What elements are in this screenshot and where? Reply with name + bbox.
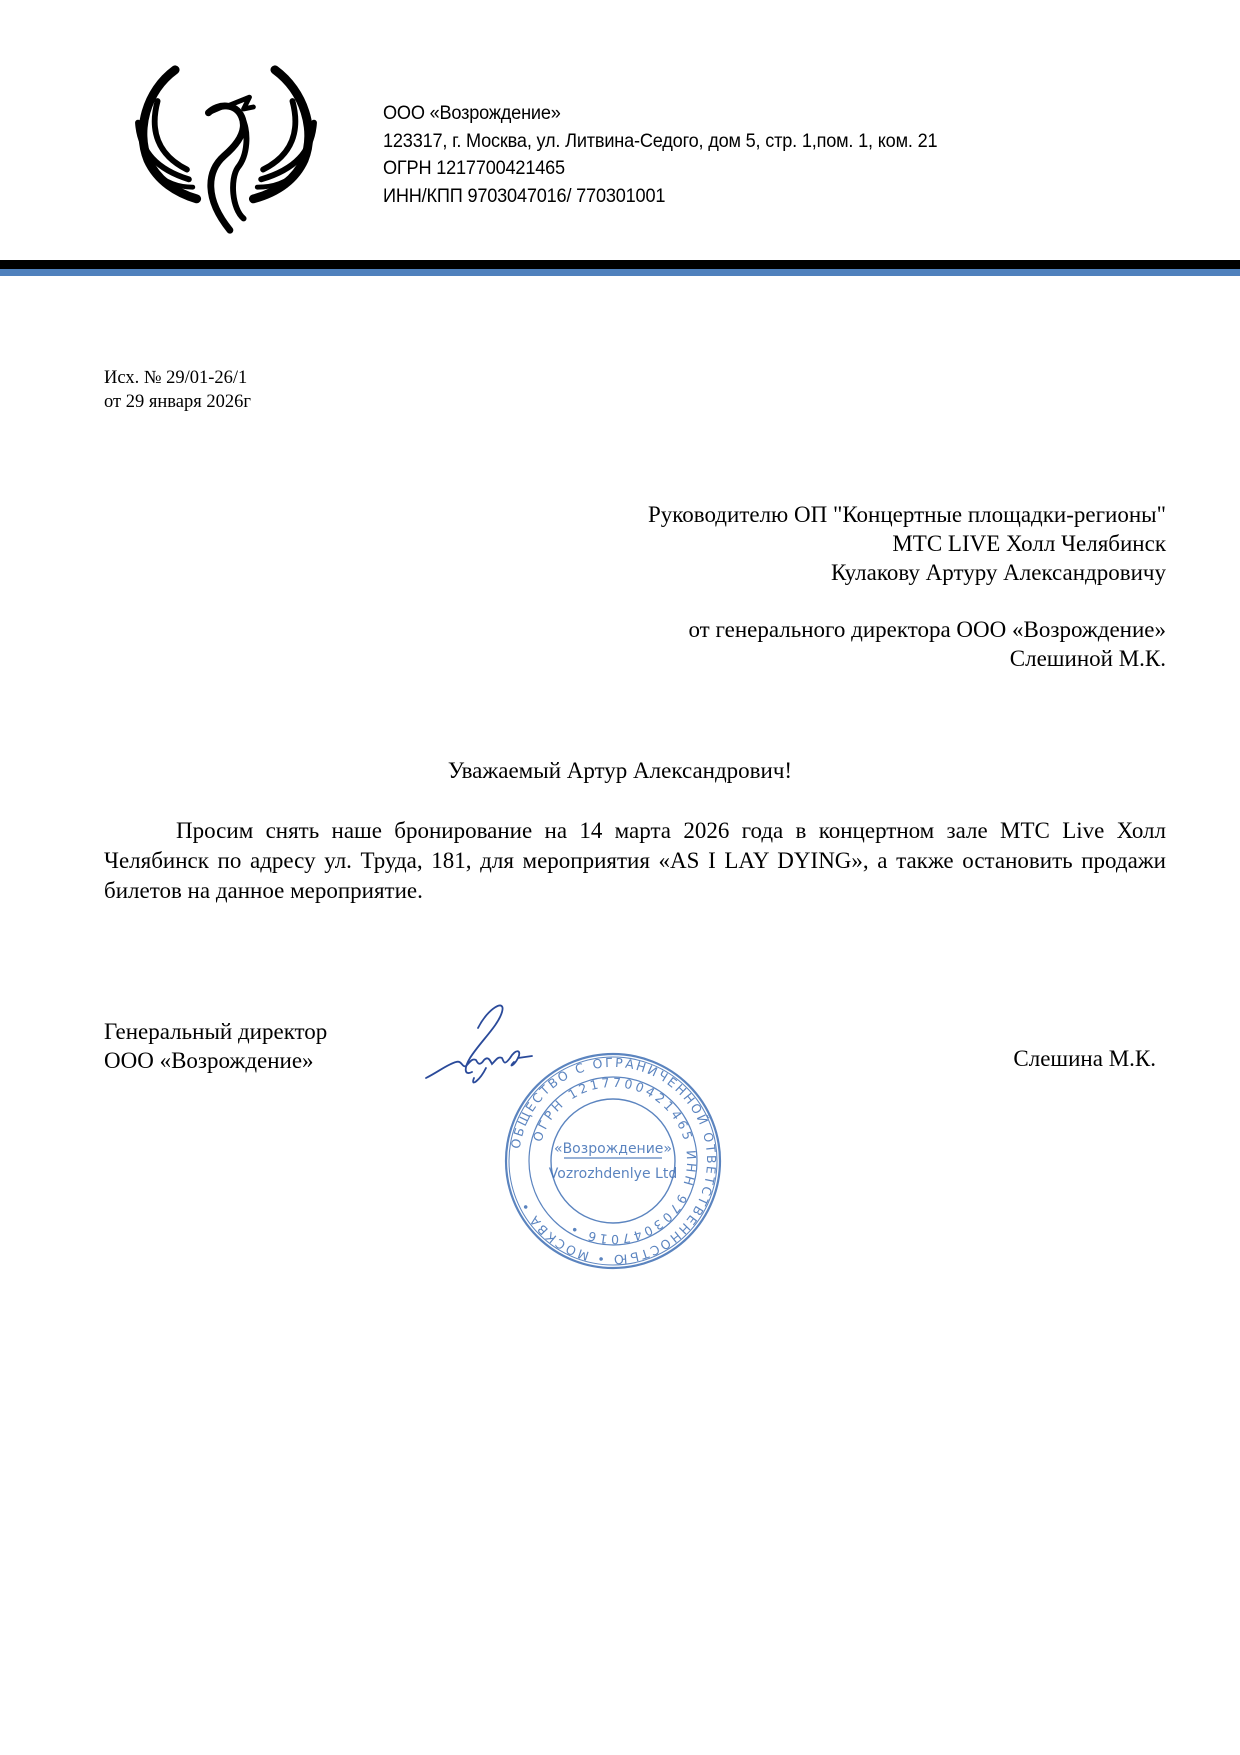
addressee-position: Руководителю ОП "Концертные площадки-рег… <box>648 500 1166 529</box>
reference-date: от 29 января 2026г <box>104 390 251 414</box>
company-details: ООО «Возрождение» 123317, г. Москва, ул.… <box>383 100 937 210</box>
signatory-position: Генеральный директор <box>104 1017 327 1046</box>
stamp-center-name: «Возрождение» <box>554 1141 672 1157</box>
company-ogrn: ОГРН 1217700421465 <box>383 155 937 183</box>
reference-number: Исх. № 29/01-26/1 <box>104 366 251 390</box>
signatory-company: ООО «Возрождение» <box>104 1046 327 1075</box>
sender-block: от генерального директора ООО «Возрожден… <box>688 615 1166 673</box>
signatory-name: Слешина М.К. <box>1013 1046 1156 1072</box>
addressee-name: Кулакову Артуру Александровичу <box>648 558 1166 587</box>
company-name: ООО «Возрождение» <box>383 100 937 128</box>
addressee-block: Руководителю ОП "Концертные площадки-рег… <box>648 500 1166 587</box>
phoenix-logo-icon <box>128 62 324 238</box>
header-divider-dark <box>0 260 1240 269</box>
company-seal-stamp: ОБЩЕСТВО С ОГРАНИЧЕННОЙ ОТВЕТСТВЕННОСТЬЮ… <box>502 1050 724 1272</box>
sender-name: Слешиной М.К. <box>688 644 1166 673</box>
company-inn-kpp: ИНН/КПП 9703047016/ 770301001 <box>383 183 937 211</box>
salutation: Уважаемый Артур Александрович! <box>0 758 1240 784</box>
outgoing-reference: Исх. № 29/01-26/1 от 29 января 2026г <box>104 366 251 414</box>
stamp-center-latin: Vozrozhdenlye Ltd <box>549 1166 677 1182</box>
sender-position: от генерального директора ООО «Возрожден… <box>688 615 1166 644</box>
addressee-venue: МТС LIVE Холл Челябинск <box>648 529 1166 558</box>
header-divider-accent <box>0 269 1240 276</box>
company-address: 123317, г. Москва, ул. Литвина-Седого, д… <box>383 128 937 156</box>
signatory-title: Генеральный директор ООО «Возрождение» <box>104 1017 327 1075</box>
letter-body: Просим снять наше бронирование на 14 мар… <box>104 816 1166 906</box>
